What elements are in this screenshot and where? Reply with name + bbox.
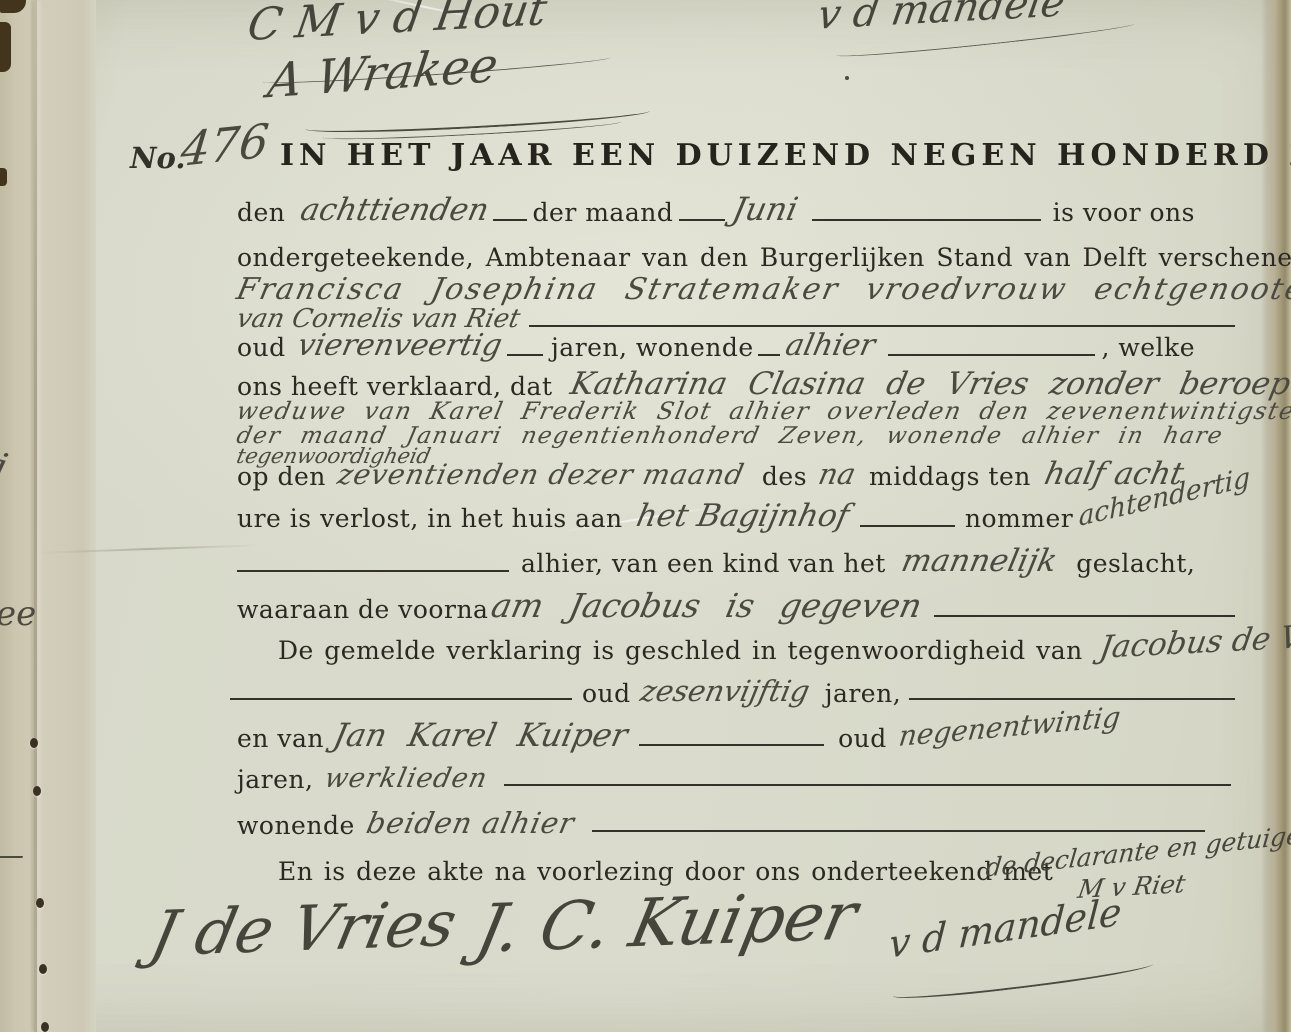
- signature-bottom-witness1: J de Vries: [144, 886, 463, 970]
- handwritten-address: het Bagijnhof: [633, 499, 852, 535]
- printed-text: der maand: [533, 199, 674, 228]
- printed-text: oud: [838, 725, 887, 754]
- closing-line: En is deze akte na voorlezing door ons o…: [278, 858, 1053, 887]
- handwritten-residence: alhier: [782, 329, 878, 364]
- printed-text: , welke: [1101, 334, 1195, 363]
- handwritten-witness1-age: zesenvijftig: [637, 675, 812, 708]
- printed-text: wonende: [237, 812, 355, 841]
- official-line: ondergeteekende, Ambtenaar van den Burge…: [237, 240, 1291, 275]
- ink-dot: [845, 76, 849, 80]
- dark-edge-blot: [0, 22, 11, 72]
- book-binding-edge: [0, 0, 96, 1032]
- birth-time-line: op den zeventienden dezer maand des na m…: [237, 458, 1183, 494]
- signature-flourish: [892, 956, 1154, 1004]
- birth-certificate-scan: ʲ ee — C M v d Hout A Wrakee v d mandele…: [0, 0, 1291, 1032]
- printed-text: alhier, van een kind van het: [521, 550, 886, 579]
- signature-bottom-witness2: J. C. Kuiper: [470, 877, 864, 968]
- handwritten-birth-day: zeventienden dezer maand: [334, 459, 747, 491]
- printed-text: den: [237, 199, 285, 228]
- printed-text: op den: [237, 463, 326, 492]
- printed-text: en van: [237, 725, 324, 754]
- handwritten-mother-details: weduwe van Karel Frederik Slot alhier ov…: [234, 398, 1291, 426]
- handwritten-residence-both: beiden alhier: [363, 807, 577, 840]
- handwritten-month: Juni: [729, 191, 801, 228]
- printed-text: En is deze akte na voorlezing door ons o…: [278, 858, 1053, 887]
- handwritten-occupation: werklieden: [322, 763, 491, 794]
- witness2-line: en van Jan Karel Kuiper oud negenentwint…: [237, 718, 1221, 755]
- signature-top-left-2: A Wrakee: [264, 38, 501, 110]
- fill-rule: [237, 570, 509, 572]
- signature-top-left-1: C M v d Hout: [244, 0, 550, 51]
- house-line: ure is verlost, in het huis aan het Bagi…: [237, 500, 1255, 536]
- act-number-label: No.: [130, 141, 185, 175]
- fill-rule: [812, 219, 1041, 221]
- fill-rule: [493, 219, 527, 221]
- margin-ink-fragment: ee: [0, 594, 36, 634]
- stitch-hole: [36, 898, 44, 908]
- printed-text: geslacht,: [1076, 550, 1195, 579]
- handwritten-na: na: [815, 458, 858, 491]
- dark-edge-blot: [0, 168, 7, 186]
- printed-text: is voor ons: [1053, 199, 1195, 228]
- fill-rule: [679, 219, 725, 221]
- act-number-value: 476: [178, 113, 271, 177]
- fill-rule: [758, 354, 780, 356]
- stitch-hole: [33, 786, 41, 796]
- fill-rule: [504, 784, 1231, 786]
- handwritten-day: achttienden: [298, 193, 493, 229]
- printed-text: waaraan de voorna: [237, 596, 488, 625]
- fill-rule: [507, 354, 543, 356]
- margin-ink-fragment: —: [0, 838, 24, 873]
- handwritten-gender: mannelijk: [898, 544, 1060, 580]
- handwritten-declarant: Francisca Josephina Stratemaker vroedvro…: [233, 273, 1291, 308]
- handwritten-age: vierenveertig: [294, 329, 505, 364]
- date-line: den achttienden der maand Juni is voor o…: [237, 192, 1195, 230]
- stitch-hole: [30, 738, 38, 748]
- witness-line: De gemelde verklaring is geschled in teg…: [278, 632, 1291, 668]
- fill-rule: [639, 744, 824, 746]
- residence-line: wonende beiden alhier: [237, 808, 1205, 841]
- act-title: IN HET JAAR EEN DUIZEND NEGEN HONDERD ZE…: [280, 138, 1220, 173]
- stitch-hole: [39, 964, 47, 974]
- printed-text: jaren, wonende: [551, 334, 754, 363]
- child-line: alhier, van een kind van het mannelijk g…: [237, 545, 1195, 581]
- printed-text: nommer: [965, 505, 1073, 534]
- printed-text: ondergeteekende, Ambtenaar van den Burge…: [237, 244, 1291, 273]
- fill-rule: [529, 325, 1235, 327]
- printed-text: jaren,: [825, 680, 901, 709]
- child-name-line: waaraan de voorna am Jacobus is gegeven: [237, 588, 1235, 626]
- handwritten-witness2-name: Jan Karel Kuiper: [330, 717, 631, 754]
- occupation-line: jaren, werklieden: [237, 764, 1231, 795]
- handwritten-child-name: am Jacobus is gegeven: [488, 587, 925, 625]
- printed-text: De gemelde verklaring is geschled in teg…: [278, 637, 1083, 666]
- age-line: oud vierenveertig jaren, wonende alhier …: [237, 330, 1195, 365]
- fill-rule: [888, 354, 1095, 356]
- fill-rule: [909, 698, 1235, 700]
- fill-rule: [934, 615, 1235, 617]
- stitch-hole: [41, 1022, 49, 1032]
- printed-text: ure is verlost, in het huis aan: [237, 505, 623, 534]
- printed-text: oud: [582, 680, 631, 709]
- fill-rule: [860, 525, 955, 527]
- printed-text: oud: [237, 334, 286, 363]
- printed-text: middags ten: [869, 463, 1031, 492]
- printed-text: jaren,: [237, 766, 313, 795]
- binding-seam: [34, 0, 37, 1032]
- fill-rule: [230, 698, 572, 700]
- fill-rule: [592, 830, 1205, 832]
- printed-text: des: [762, 463, 807, 492]
- signature-bottom-official: v d mandele: [888, 889, 1123, 967]
